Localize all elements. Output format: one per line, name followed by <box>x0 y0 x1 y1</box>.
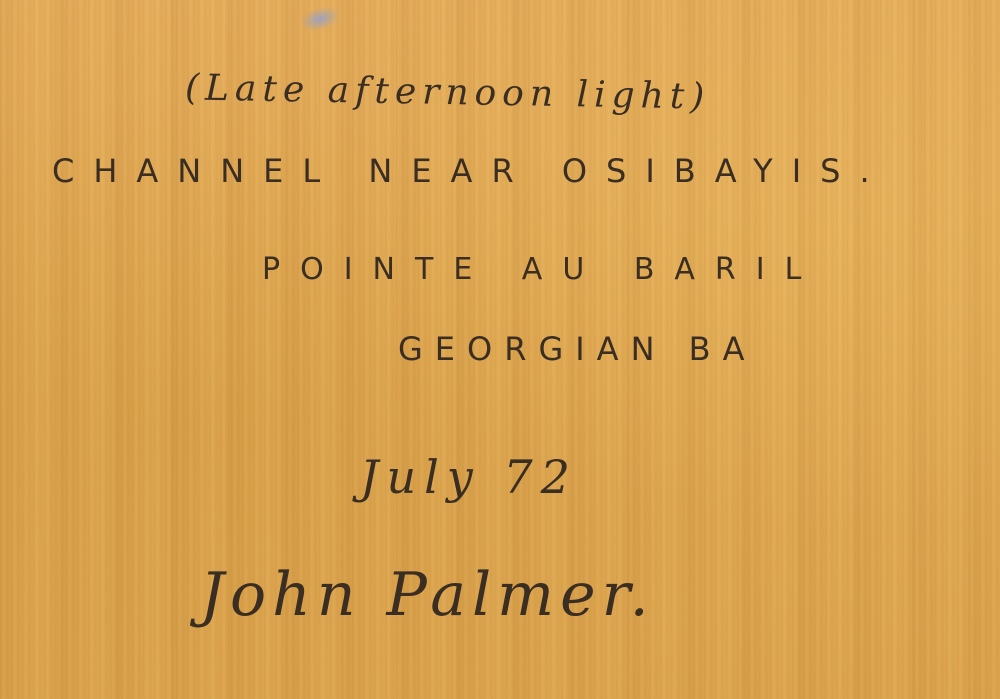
blue-paint-mark <box>298 3 342 35</box>
inscription-region: GEORGIAN BA <box>398 330 757 368</box>
inscription-title: CHANNEL NEAR OSIBAYIS. <box>52 152 889 190</box>
inscription-date: July 72 <box>360 450 578 504</box>
inscription-location: POINTE AU BARIL <box>262 252 821 287</box>
wooden-panel-back: (Late afternoon light) CHANNEL NEAR OSIB… <box>0 0 1000 699</box>
artist-signature: John Palmer. <box>200 560 655 630</box>
inscription-light-note: (Late afternoon light) <box>185 67 711 117</box>
